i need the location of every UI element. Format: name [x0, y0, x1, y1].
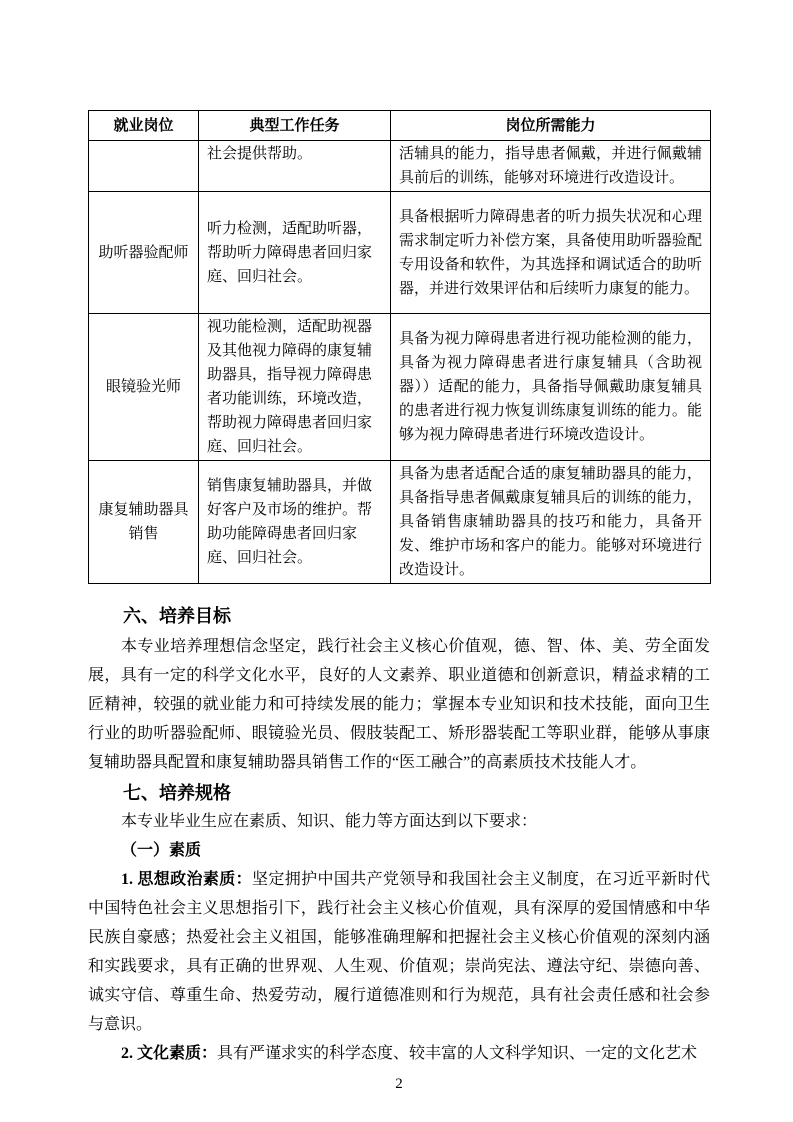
column-header-abilities: 岗位所需能力 — [391, 111, 711, 141]
item-body-ideological-political: 坚定拥护中国共产党领导和我国社会主义制度，在习近平新时代中国特色社会主义思想指引… — [88, 871, 710, 1033]
cell-tasks: 听力检测，适配助听器，帮助听力障碍患者回归家庭、回归社会。 — [199, 192, 391, 314]
item-body-cultural: 具有严谨求实的科学态度、较丰富的人文科学知识、一定的文化艺术 — [217, 1045, 697, 1062]
cultural-quality-paragraph: 2. 文化素质：具有严谨求实的科学态度、较丰富的人文科学知识、一定的文化艺术 — [88, 1039, 710, 1068]
item-label-ideological-political: 1. 思想政治素质： — [121, 871, 252, 888]
cell-tasks: 社会提供帮助。 — [199, 141, 391, 192]
cell-abilities: 活辅具的能力，指导患者佩戴，并进行佩戴辅具前后的训练，能够对环境进行改造设计。 — [391, 141, 711, 192]
section-heading-training-objectives: 六、培养目标 — [88, 604, 710, 628]
column-header-tasks: 典型工作任务 — [199, 111, 391, 141]
cell-position: 助听器验配师 — [89, 192, 199, 314]
table-row: 眼镜验光师 视功能检测，适配助视器及其他视力障碍的康复辅助器具，指导视力障碍患者… — [89, 314, 711, 461]
cell-position: 眼镜验光师 — [89, 314, 199, 461]
cell-position: 康复辅助器具销售 — [89, 461, 199, 584]
section-heading-training-specifications: 七、培养规格 — [88, 781, 710, 805]
item-label-cultural: 2. 文化素质： — [121, 1045, 217, 1062]
subsection-heading-quality: （一）素质 — [88, 836, 710, 865]
table-row: 助听器验配师 听力检测，适配助听器，帮助听力障碍患者回归家庭、回归社会。 具备根… — [89, 192, 711, 314]
table-row: 康复辅助器具销售 销售康复辅助器具，并做好客户及市场的维护。帮助功能障碍患者回归… — [89, 461, 711, 584]
cell-abilities: 具备为患者适配合适的康复辅助器具的能力，具备指导患者佩戴康复辅具后的训练的能力，… — [391, 461, 711, 584]
column-header-position: 就业岗位 — [89, 111, 199, 141]
cell-tasks: 销售康复辅助器具，并做好客户及市场的维护。帮助功能障碍患者回归家庭、回归社会。 — [199, 461, 391, 584]
employment-positions-table: 就业岗位 典型工作任务 岗位所需能力 社会提供帮助。 活辅具的能力，指导患者佩戴… — [88, 110, 711, 584]
document-page: 就业岗位 典型工作任务 岗位所需能力 社会提供帮助。 活辅具的能力，指导患者佩戴… — [0, 0, 793, 1122]
cell-tasks: 视功能检测，适配助视器及其他视力障碍的康复辅助器具，指导视力障碍患者功能训练，环… — [199, 314, 391, 461]
cell-abilities: 具备根据听力障碍患者的听力损失状况和心理需求制定听力补偿方案，具备使用助听器验配… — [391, 192, 711, 314]
ideological-political-quality-paragraph: 1. 思想政治素质：坚定拥护中国共产党领导和我国社会主义制度，在习近平新时代中国… — [88, 865, 710, 1039]
cell-abilities: 具备为视力障碍患者进行视功能检测的能力，具备为视力障碍患者进行康复辅具（含助视器… — [391, 314, 711, 461]
page-number: 2 — [88, 1075, 710, 1094]
training-specifications-intro: 本专业毕业生应在素质、知识、能力等方面达到以下要求： — [88, 807, 710, 836]
table-row: 社会提供帮助。 活辅具的能力，指导患者佩戴，并进行佩戴辅具前后的训练，能够对环境… — [89, 141, 711, 192]
training-objectives-paragraph: 本专业培养理想信念坚定，践行社会主义核心价值观，德、智、体、美、劳全面发展，具有… — [88, 632, 710, 777]
cell-position — [89, 141, 199, 192]
table-header-row: 就业岗位 典型工作任务 岗位所需能力 — [89, 111, 711, 141]
